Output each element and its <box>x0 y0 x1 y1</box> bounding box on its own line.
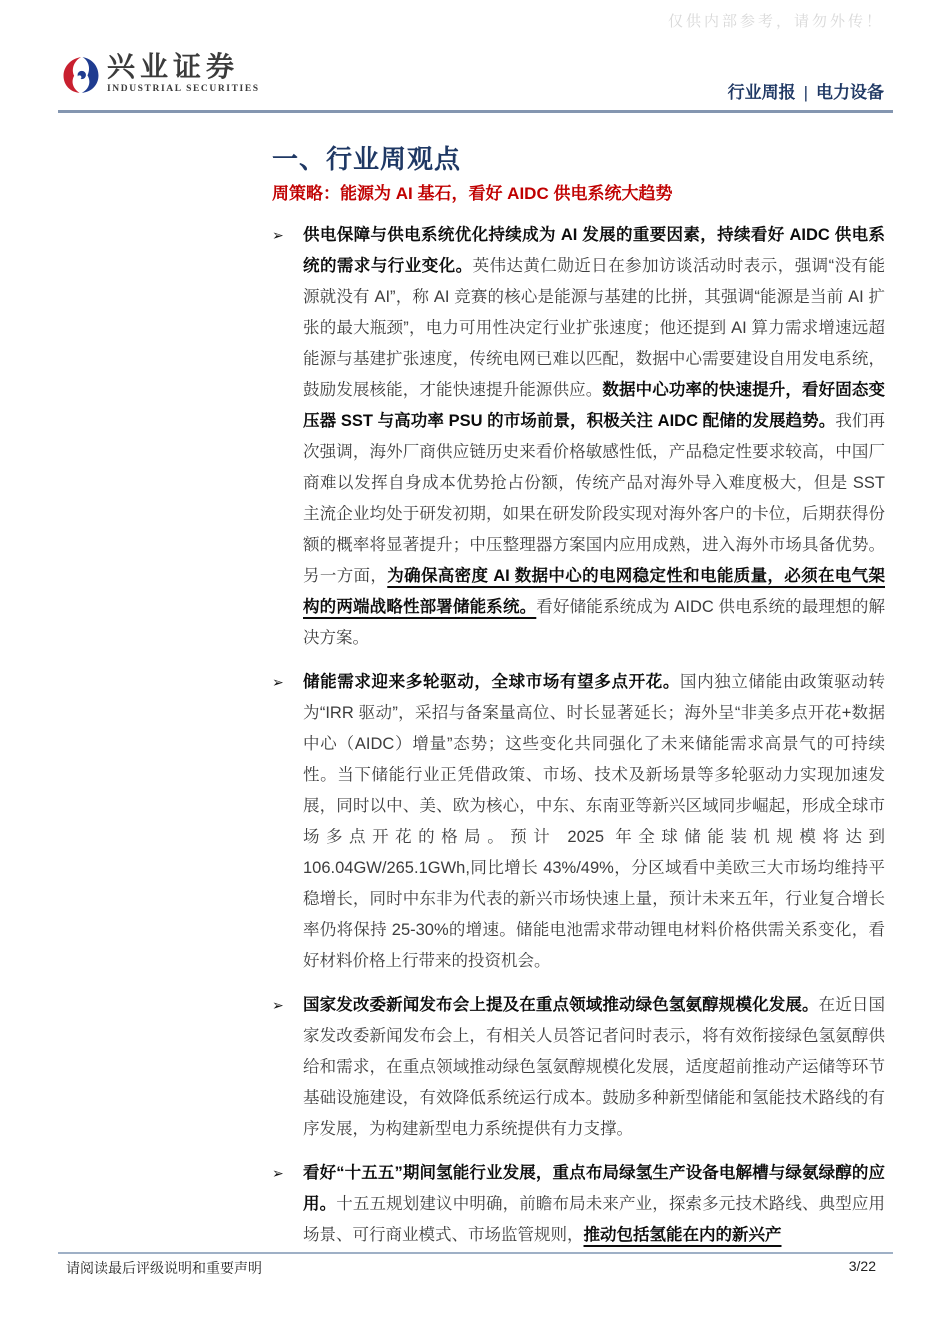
page-number: 3/22 <box>849 1258 876 1278</box>
brand-name-cn: 兴业证券 <box>107 52 260 82</box>
industry-label: 电力设备 <box>816 83 884 102</box>
section-subtitle: 周策略：能源为 AI 基石，看好 AIDC 供电系统大趋势 <box>272 183 885 204</box>
paragraph-segment: 我们再次强调，海外厂商供应链历史来看价格敏感性低，产品稳定性要求较高，中国厂商难… <box>303 412 885 585</box>
bullet-item: ➢储能需求迎来多轮驱动，全球市场有望多点开花。国内独立储能由政策驱动转为“IRR… <box>272 667 885 990</box>
paragraph-segment: 英伟达黄仁勋近日在参加访谈活动时表示，强调“没有能源就没有 AI”，称 AI 竞… <box>303 257 885 399</box>
paragraph-segment: 在近日国家发改委新闻发布会上，有相关人员答记者问时表示，将有效衔接绿色氢氨醇供给… <box>303 996 885 1138</box>
bullet-item: ➢国家发改委新闻发布会上提及在重点领域推动绿色氢氨醇规模化发展。在近日国家发改委… <box>272 990 885 1158</box>
brand-logo: 兴业证券 INDUSTRIAL SECURITIES <box>62 52 260 96</box>
bullet-arrow-icon: ➢ <box>272 990 303 1158</box>
bullet-arrow-icon: ➢ <box>272 667 303 990</box>
header-divider: | <box>796 83 816 102</box>
report-page: 仅供内部参考，请勿外传！ 兴业证券 INDUSTRIAL SECURITIES … <box>0 0 950 1344</box>
bullet-paragraph: 国家发改委新闻发布会上提及在重点领域推动绿色氢氨醇规模化发展。在近日国家发改委新… <box>303 990 885 1145</box>
bullet-paragraph: 供电保障与供电系统优化持续成为 AI 发展的重要因素，持续看好 AIDC 供电系… <box>303 220 885 654</box>
section-title: 一、行业周观点 <box>272 142 885 176</box>
main-content: 一、行业周观点 周策略：能源为 AI 基石，看好 AIDC 供电系统大趋势 ➢供… <box>272 142 885 1264</box>
footer-disclaimer: 请阅读最后评级说明和重要声明 <box>66 1258 262 1278</box>
bullet-arrow-icon: ➢ <box>272 1158 303 1264</box>
report-category: 行业周报|电力设备 <box>728 78 884 103</box>
bullet-paragraph: 看好“十五五”期间氢能行业发展，重点布局绿氢生产设备电解槽与绿氨绿醇的应用。十五… <box>303 1158 885 1251</box>
header-rule <box>58 110 893 113</box>
paragraph-segment: 国内独立储能由政策驱动转为“IRR 驱动”，采招与备案量高位、时长显著延长；海外… <box>303 673 885 970</box>
bullet-item: ➢看好“十五五”期间氢能行业发展，重点布局绿氢生产设备电解槽与绿氨绿醇的应用。十… <box>272 1158 885 1264</box>
bullet-paragraph: 储能需求迎来多轮驱动，全球市场有望多点开花。国内独立储能由政策驱动转为“IRR … <box>303 667 885 977</box>
report-type-label: 行业周报 <box>728 83 796 102</box>
brand-name-en: INDUSTRIAL SECURITIES <box>107 84 260 94</box>
paragraph-segment: 储能需求迎来多轮驱动，全球市场有望多点开花。 <box>303 673 680 691</box>
footer-rule <box>58 1252 893 1254</box>
paragraph-segment: 国家发改委新闻发布会上提及在重点领域推动绿色氢氨醇规模化发展。 <box>303 996 819 1014</box>
industrial-securities-logo-icon <box>62 54 100 96</box>
paragraph-segment: 推动包括氢能在内的新兴产 <box>584 1226 782 1244</box>
bullet-item: ➢供电保障与供电系统优化持续成为 AI 发展的重要因素，持续看好 AIDC 供电… <box>272 220 885 667</box>
confidential-watermark: 仅供内部参考，请勿外传！ <box>668 10 884 31</box>
bullet-arrow-icon: ➢ <box>272 220 303 667</box>
bullet-list: ➢供电保障与供电系统优化持续成为 AI 发展的重要因素，持续看好 AIDC 供电… <box>272 220 885 1264</box>
